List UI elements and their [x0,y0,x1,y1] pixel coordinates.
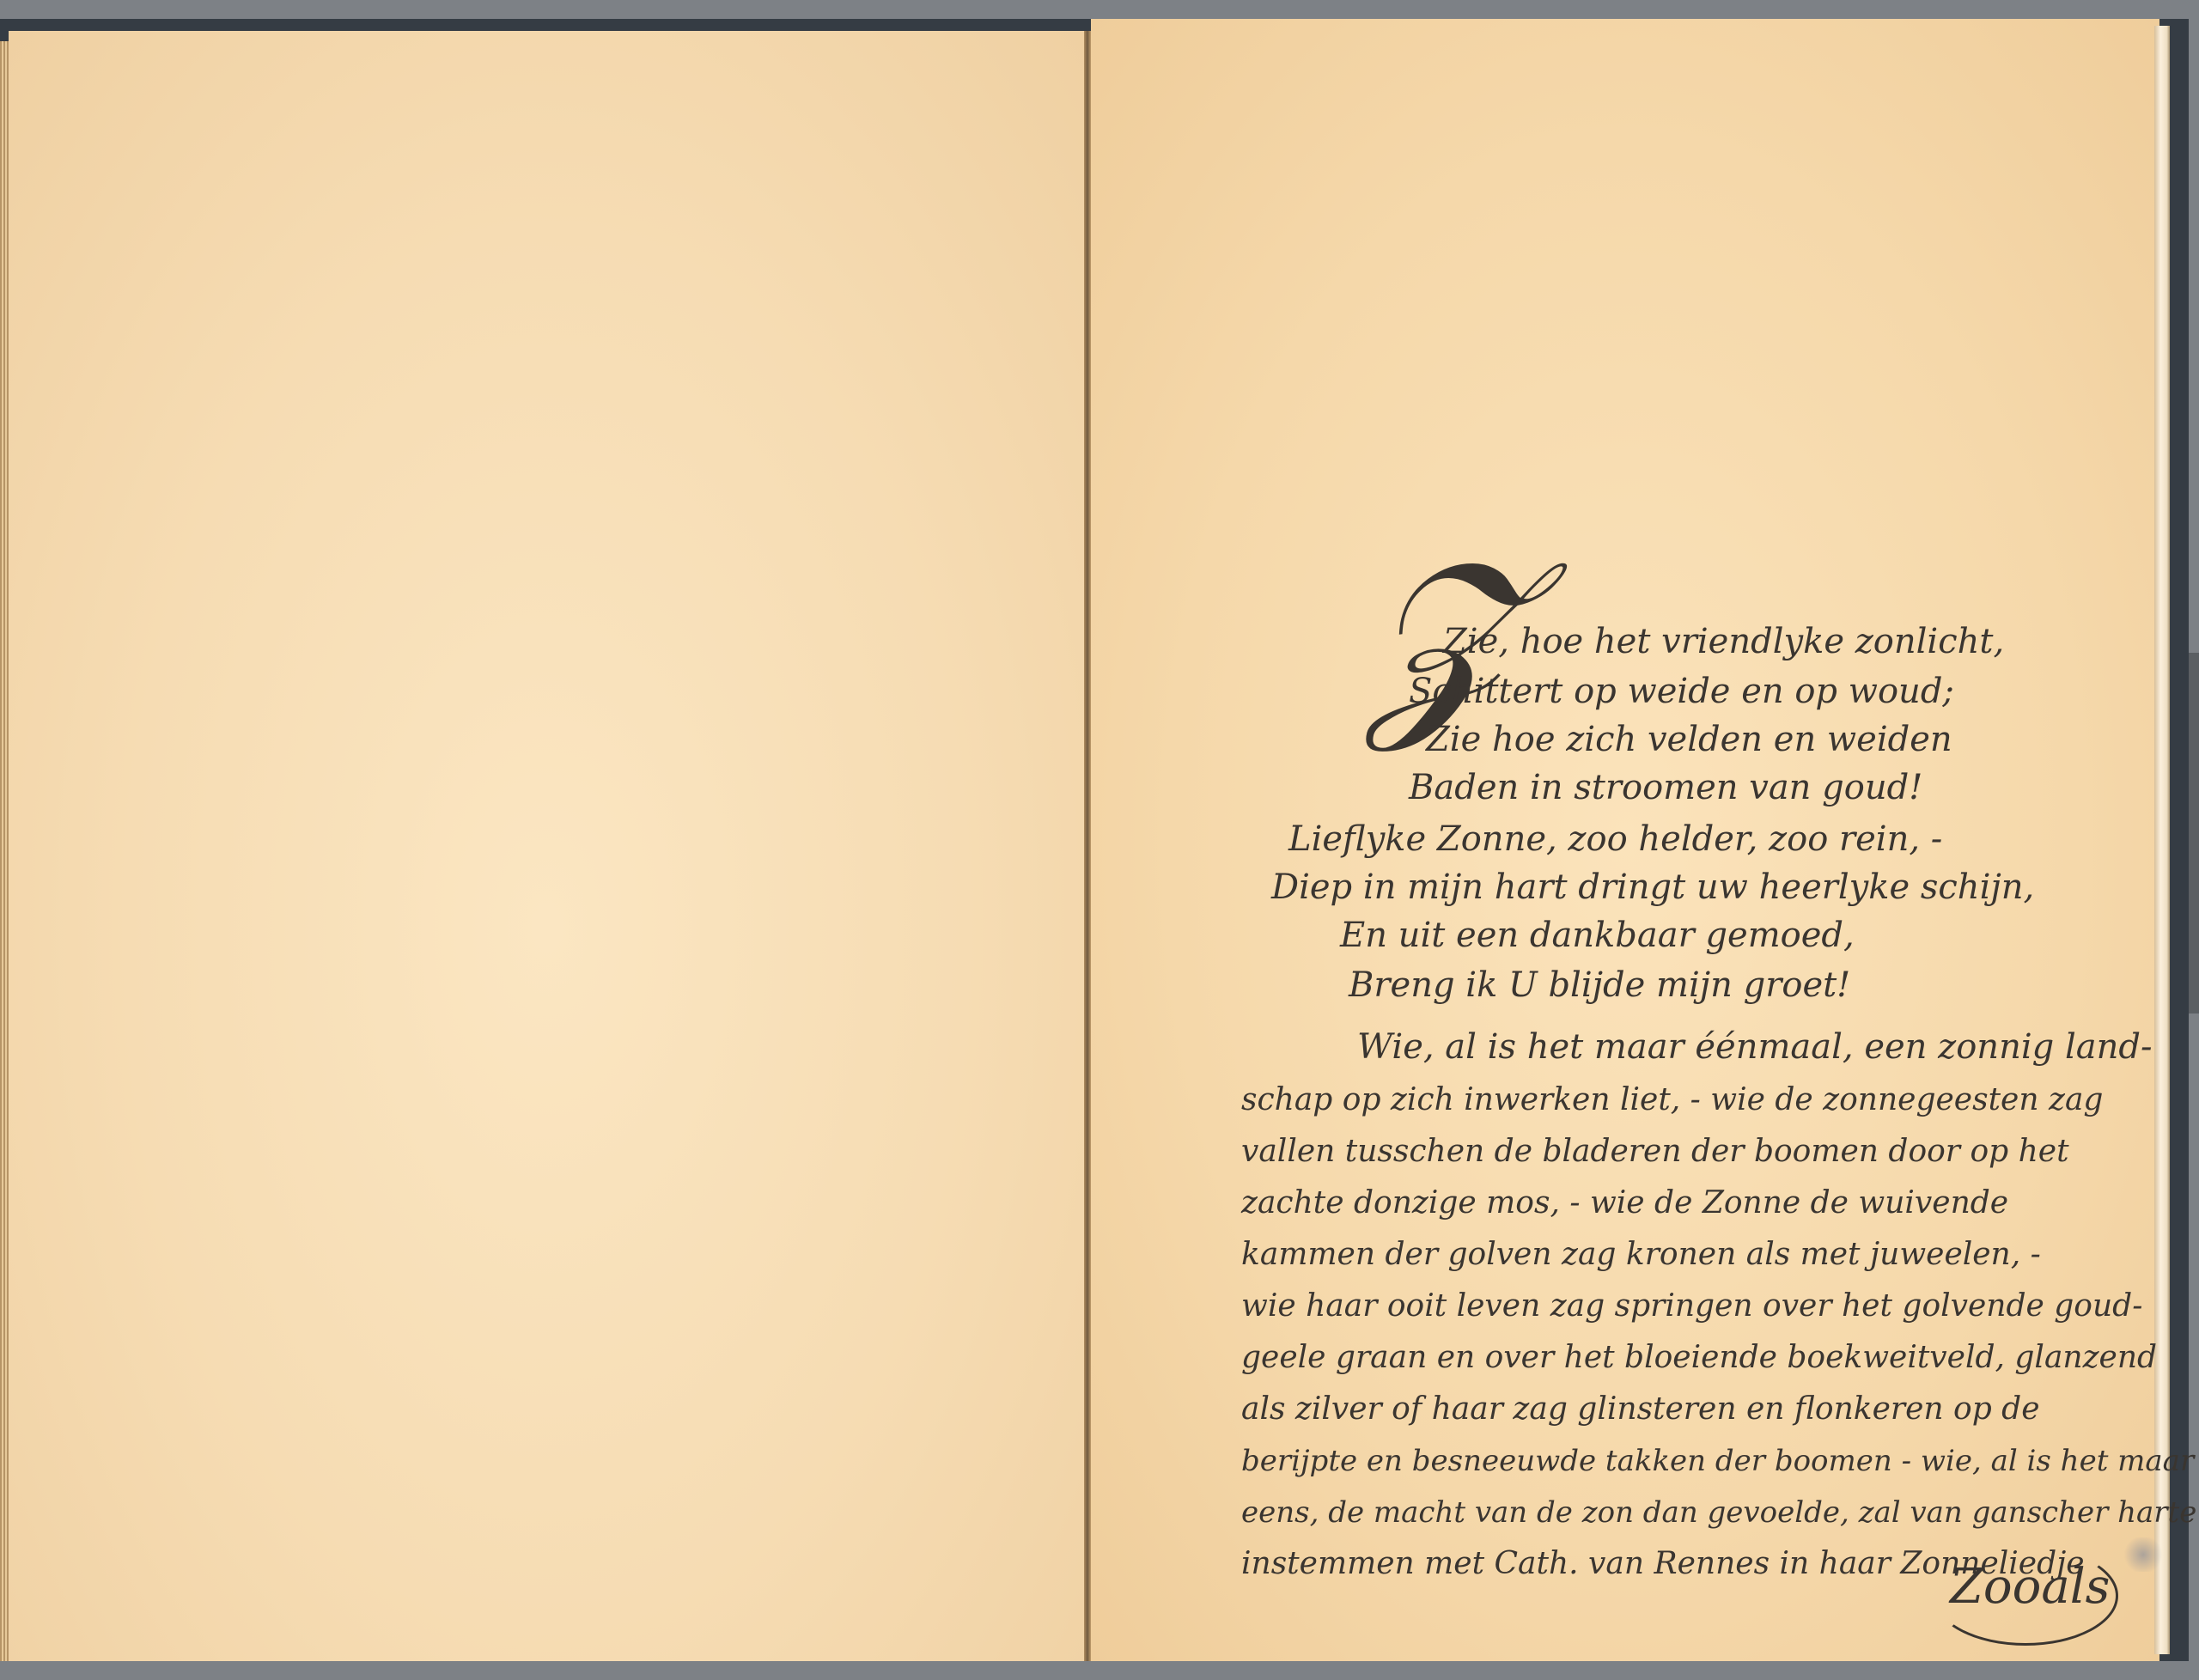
prose-line: eens, de macht van de zon dan gevoelde, … [1241,1489,2196,1536]
poem-line: Lieflyke Zonne, zoo helder, zoo rein, - [1288,816,1942,862]
prose-line: berijpte en besneeuwde takken der boomen… [1241,1438,2194,1484]
book-gutter [1084,31,1091,1661]
prose-line: kammen der golven zag kronen als met juw… [1241,1232,2041,1278]
poem-line: Diep in mijn hart dringt uw heerlyke sch… [1271,864,2034,910]
prose-line: geele graan en over het bloeiende boekwe… [1241,1335,2157,1381]
ink-smudge [2122,1537,2165,1572]
prose-line: zachte donzige mos, - wie de Zonne de wu… [1241,1180,2008,1227]
right-page-edge [2154,26,2170,1654]
prose-line: vallen tusschen de bladeren der boomen d… [1241,1129,2069,1175]
prose-line: als zilver of haar zag glinsteren en flo… [1241,1386,2040,1433]
poem-line: En uit een dankbaar gemoed, [1340,912,1855,959]
poem-line: Schittert op weide en op woud; [1409,668,1954,715]
prose-line: schap op zich inwerken liet, - wie de zo… [1241,1077,2103,1123]
poem-line: Zie, hoe het vriendlyke zonlicht, [1443,618,2004,665]
prose-line: Wie, al is het maar éénmaal, een zonnig … [1357,1024,2152,1070]
signature: Zooals [1950,1559,2110,1615]
left-page [9,31,1087,1661]
poem-line: Zie hoe zich velden en weiden [1426,716,1952,763]
poem-line: Breng ik U blijde mijn groet! [1349,962,1850,1008]
bookmark-ribbon [2189,653,2199,1013]
poem-line: Baden in stroomen van goud! [1409,764,1922,811]
prose-line: wie haar ooit leven zag springen over he… [1241,1283,2142,1330]
